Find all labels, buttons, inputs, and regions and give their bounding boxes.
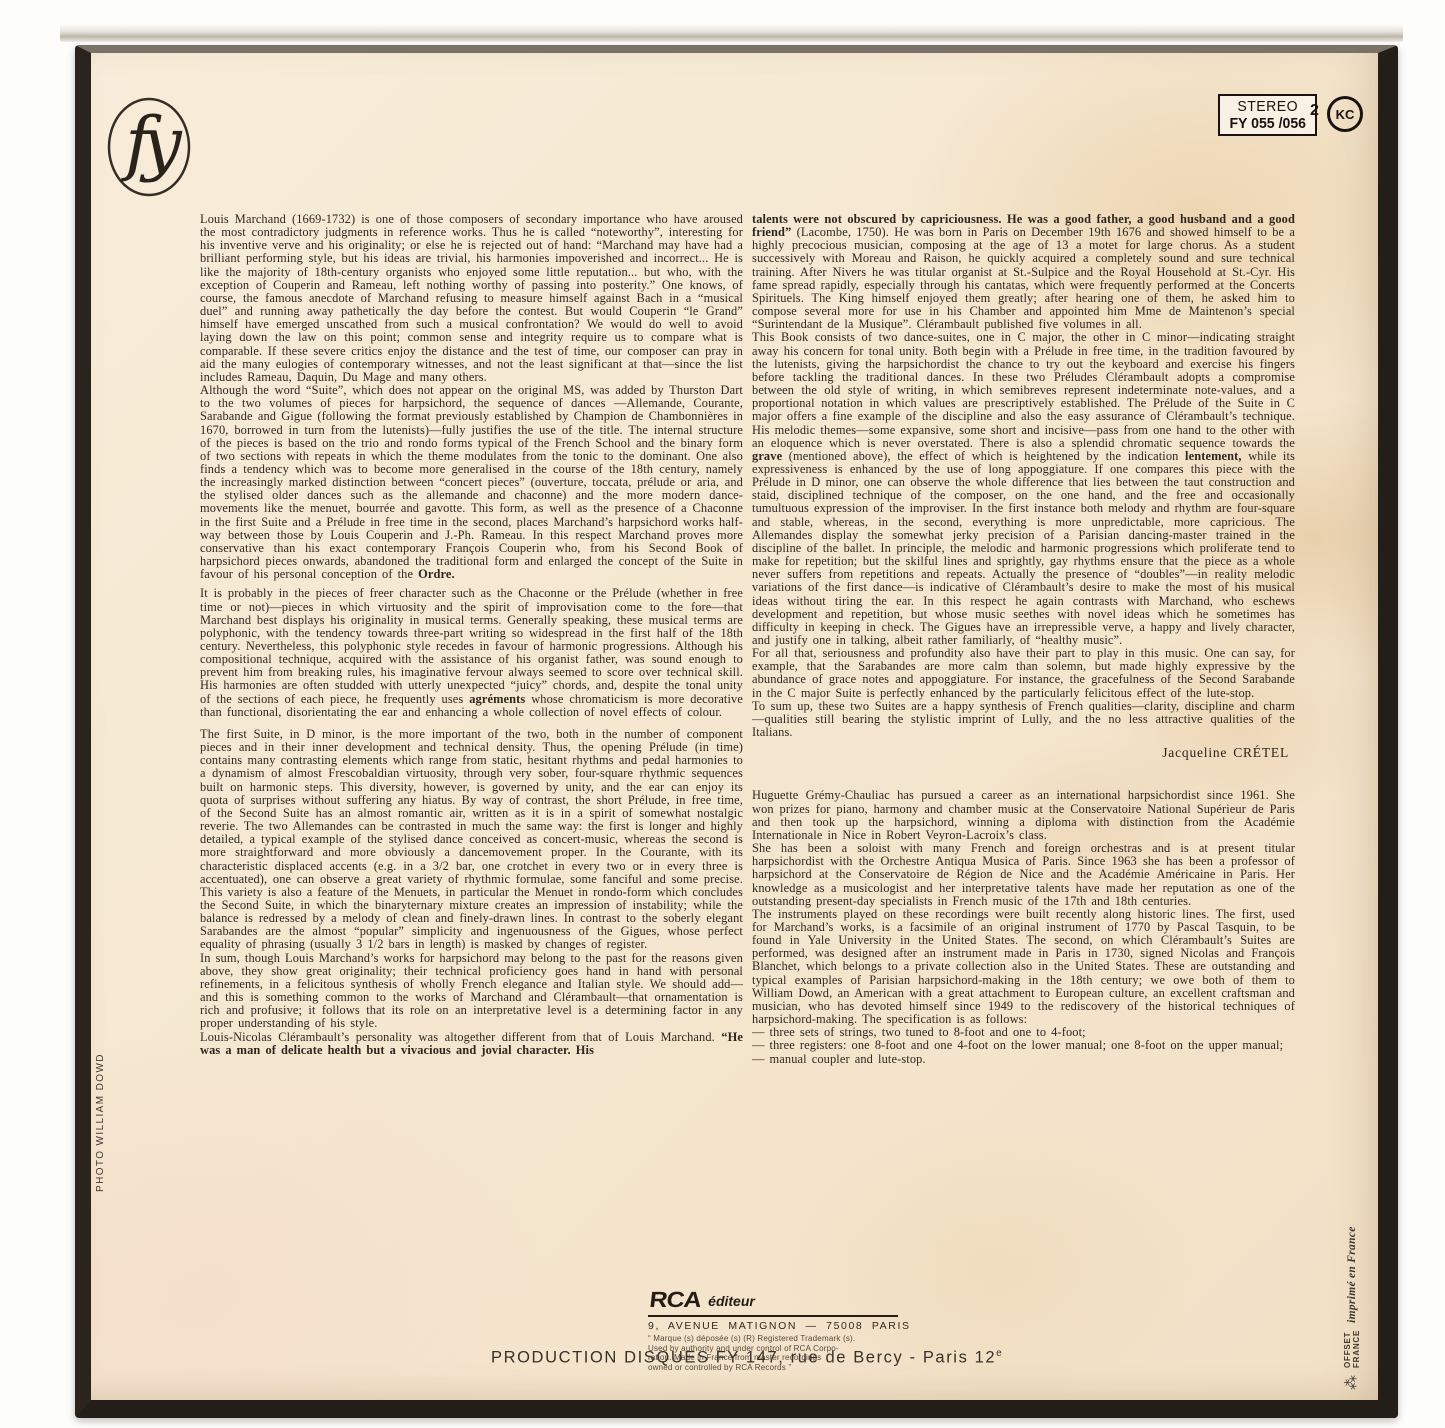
fy-label-logo: fy: [95, 91, 205, 211]
photo-credit-vertical: PHOTO WILLIAM DOWD: [95, 1030, 113, 1215]
paragraph-clerambault-bio: talents were not obscured by capriciousn…: [752, 213, 1295, 331]
performer-bio: Huguette Grémy-Chauliac has pursued a ca…: [752, 789, 1295, 1065]
paragraph-text: It is probably in the pieces of freer ch…: [200, 586, 743, 705]
fy-logo-text: fy: [120, 102, 183, 184]
production-credit-text: PRODUCTION DISQUES FY 147, rue de Bercy …: [491, 1349, 996, 1367]
paragraph-text: (mentioned above), the effect of which i…: [782, 449, 1185, 463]
paragraph-text: In sum, though Louis Marchand’s works fo…: [200, 951, 743, 1031]
paragraph-in-sum: In sum, though Louis Marchand’s works fo…: [200, 952, 743, 1031]
bold-term-lentement: lentement,: [1185, 449, 1242, 463]
paragraph-text: To sum up, these two Suites are a happy …: [752, 699, 1295, 739]
author-signature: Jacqueline CRÉTEL: [752, 746, 1289, 759]
scan-top-edge: [60, 24, 1403, 42]
production-credit-superscript: e: [996, 1348, 1003, 1359]
rca-editeur-label: éditeur: [708, 1293, 755, 1309]
paragraph-text: She has been a soloist with many French …: [752, 841, 1295, 908]
fine-print-line: “ Marque (s) déposée (s) (R) Registered …: [648, 1334, 898, 1344]
imprime-en-france-label: imprimé en France: [1346, 1226, 1358, 1322]
spec-item-registers: — three registers: one 8-foot and one 4-…: [752, 1039, 1295, 1052]
paragraph-text: This Book consists of two dance-suites, …: [752, 330, 1295, 449]
printer-credit-vertical: ⁂ OFFSET FRANCE imprimé en France: [1332, 1190, 1372, 1390]
liner-notes-column-left: Louis Marchand (1669-1732) is one of tho…: [200, 213, 743, 1057]
bold-term-grave: grave: [752, 449, 782, 463]
price-code-badge: KC: [1327, 96, 1363, 132]
publisher-logo-row: RCA éditeur: [648, 1284, 898, 1313]
paragraph-gremy-chauliac-career: Huguette Grémy-Chauliac has pursued a ca…: [752, 789, 1295, 842]
paragraph-text: Huguette Grémy-Chauliac has pursued a ca…: [752, 788, 1295, 841]
offset-line: OFFSET: [1343, 1332, 1352, 1368]
france-line: FRANCE: [1352, 1330, 1361, 1368]
paragraph-to-sum-up: To sum up, these two Suites are a happy …: [752, 700, 1295, 739]
paragraph-marchand-intro: Louis Marchand (1669-1732) is one of tho…: [200, 213, 743, 384]
catalog-number: FY 055 /056: [1229, 115, 1306, 132]
liner-notes-column-right: talents were not obscured by capriciousn…: [752, 213, 1295, 1066]
paragraph-book-suites: This Book consists of two dance-suites, …: [752, 331, 1295, 647]
paragraph-text: (Lacombe, 1750). He was born in Paris on…: [752, 225, 1295, 331]
paragraph-text: For all that, seriousness and profundity…: [752, 646, 1295, 699]
disc-count: 2: [1310, 102, 1319, 120]
paragraph-gremy-chauliac-posts: She has been a soloist with many French …: [752, 842, 1295, 908]
fy-logo-graphic: fy: [95, 91, 205, 211]
paragraph-text: The instruments played on these recordin…: [752, 907, 1295, 1026]
paragraph-freer-character: It is probably in the pieces of freer ch…: [200, 587, 743, 719]
paragraph-text: The first Suite, in D minor, is the more…: [200, 727, 743, 952]
bold-term-ordre: Ordre.: [418, 567, 455, 581]
paragraph-clerambault-personality: Louis-Nicolas Clérambault’s personality …: [200, 1031, 743, 1057]
spec-item-coupler: — manual coupler and lute-stop.: [752, 1053, 1295, 1066]
publisher-address: 9, AVENUE MATIGNON — 75008 PARIS: [648, 1315, 898, 1332]
stereo-label: STEREO: [1229, 98, 1306, 115]
paragraph-text: Although the word “Suite”, which does no…: [200, 383, 743, 581]
bold-term-agrements: agréments: [469, 692, 525, 706]
stereo-catalog-box: STEREO FY 055 /056: [1218, 94, 1317, 136]
paragraph-text: Louis Marchand (1669-1732) is one of tho…: [200, 212, 743, 384]
paragraph-instruments: The instruments played on these recordin…: [752, 908, 1295, 1026]
printer-union-mark-icon: ⁂: [1345, 1375, 1360, 1390]
paragraph-suite-structure: Although the word “Suite”, which does no…: [200, 384, 743, 581]
paragraph-text: while its expressiveness is enhanced by …: [752, 449, 1295, 647]
paragraph-first-suite: The first Suite, in D minor, is the more…: [200, 728, 743, 952]
album-back-cover: fy STEREO FY 055 /056 2 KC Louis Marchan…: [75, 45, 1398, 1418]
production-credit: PRODUCTION DISQUES FY 147, rue de Bercy …: [491, 1348, 941, 1368]
scanned-lp-back-cover: { "badges": { "logo": "fy", "stereo_labe…: [0, 0, 1445, 1428]
offset-france-label: OFFSET FRANCE: [1343, 1330, 1361, 1368]
paragraph-text: Louis-Nicolas Clérambault’s personality …: [200, 1030, 721, 1044]
paragraph-seriousness: For all that, seriousness and profundity…: [752, 647, 1295, 700]
rca-logo: RCA: [648, 1287, 702, 1313]
